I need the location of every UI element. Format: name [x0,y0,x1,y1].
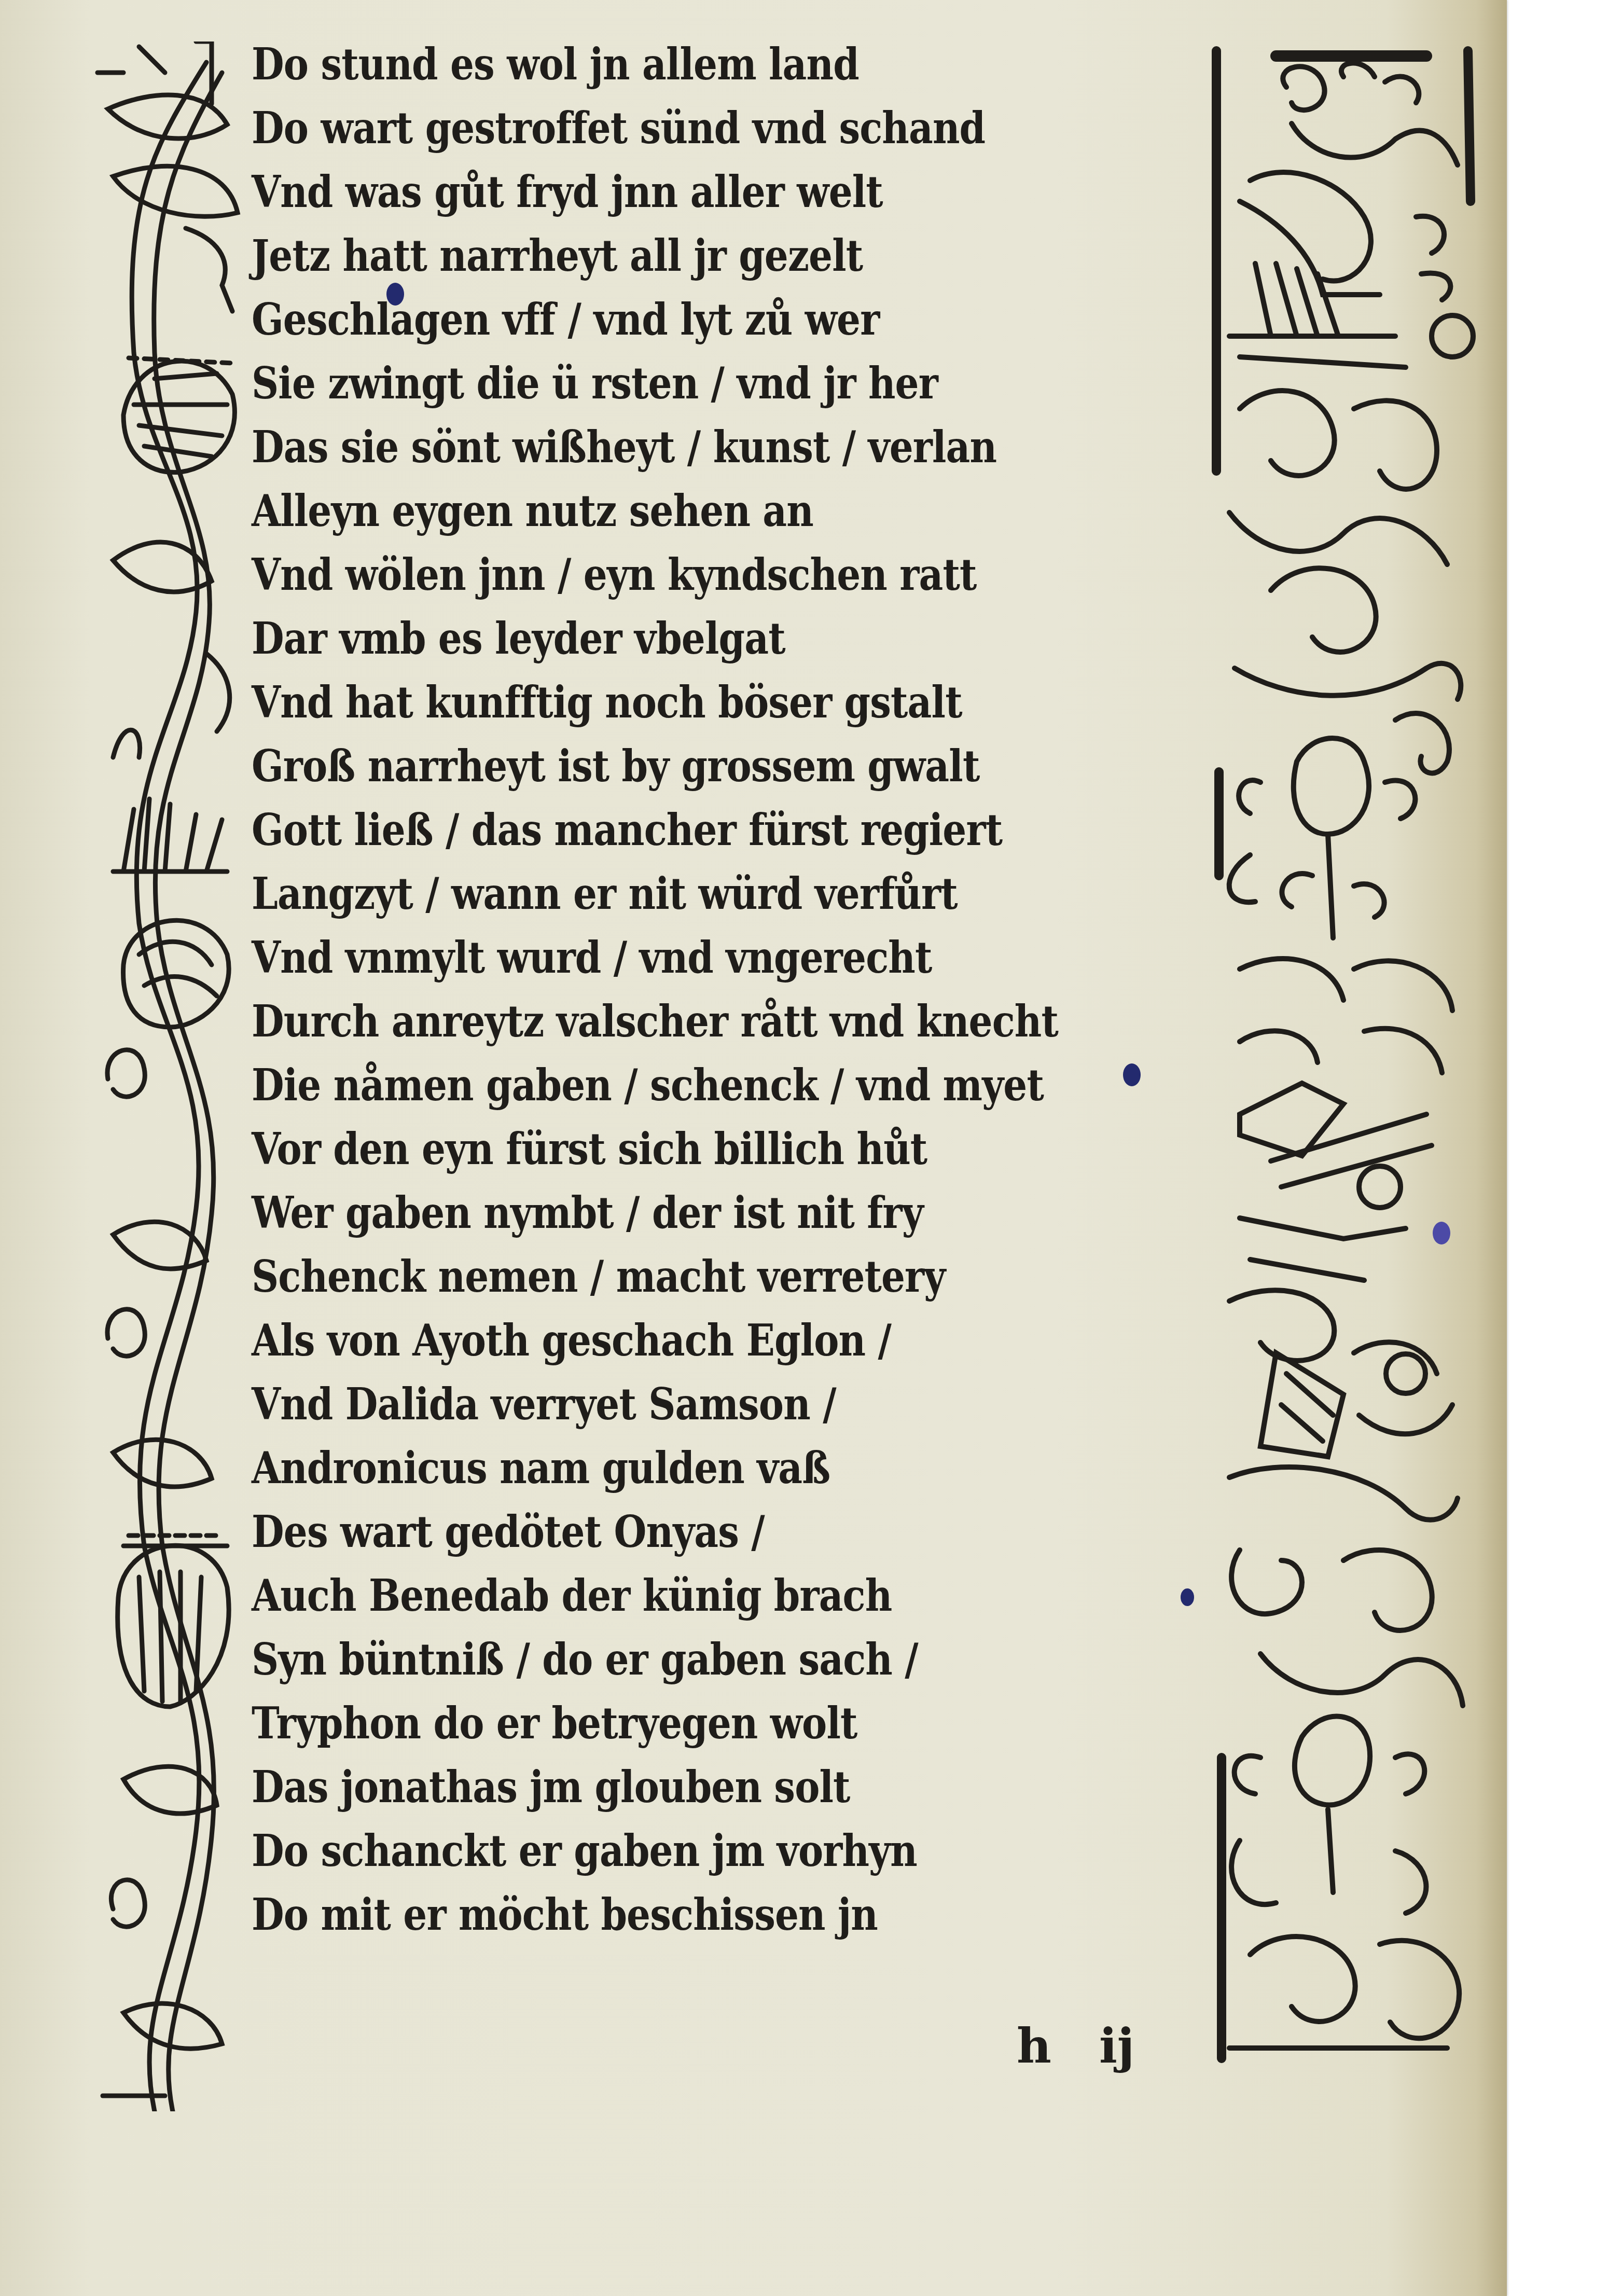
ink-spot [1433,1222,1450,1244]
verse-line: Vnd hat kunfftig noch böser gstalt [252,670,1019,734]
ink-spot [386,283,404,306]
verse-line: Vnd was gůt fryd jnn aller welt [252,160,1019,224]
verse-line: Andronicus nam gulden vaß [252,1436,1019,1500]
signature-mark: h ij [1017,2018,1134,2101]
verse-line: Vnd vnmylt wurd / vnd vngerecht [252,925,1019,989]
verse-line: Sie zwingt die ü rsten / vnd jr her [252,351,1019,415]
verse-line: Die nåmen gaben / schenck / vnd myet [252,1053,1019,1117]
verse-line: Des wart gedötet Onyas / [252,1500,1019,1564]
left-woodcut-border [92,42,248,2111]
verse-line: Auch Benedab der künig brach [252,1564,1019,1627]
verse-line: Durch anreytz valscher rått vnd knecht [252,989,1019,1053]
verse-line: Do schanckt er gaben jm vorhyn [252,1819,1019,1883]
verse-line: Syn büntniß / do er gaben sach / [252,1627,1019,1691]
verse-line: Vnd wölen jnn / eyn kyndschen ratt [252,543,1019,606]
verse-line: Das jonathas jm glouben solt [252,1755,1019,1819]
verse-line: Wer gaben nymbt / der ist nit fry [252,1181,1019,1244]
floral-vine-border-icon [92,42,248,2111]
verse-text-column: Do stund es wol jn allem land Do wart ge… [252,32,1144,1946]
verse-line: Alleyn eygen nutz sehen an [252,479,1019,543]
verse-line: Dar vmb es leyder vbelgat [252,606,1019,670]
ink-spot [1123,1063,1141,1086]
verse-line: Jetz hatt narrheyt all jr gezelt [252,224,1019,287]
foliage-figures-border-icon [1209,46,1478,2066]
ink-spot [1181,1588,1194,1606]
verse-line: Geschlagen vff / vnd lyt zů wer [252,287,1019,351]
verse-line: Do wart gestroffet sünd vnd schand [252,96,1019,160]
verse-line: Vnd Dalida verryet Samson / [252,1372,1019,1436]
verse-line: Groß narrheyt ist by grossem gwalt [252,734,1019,798]
verse-line: Langzyt / wann er nit würd verfůrt [252,862,1019,925]
verse-line: Tryphon do er betryegen wolt [252,1691,1019,1755]
verse-line: Do stund es wol jn allem land [252,32,1019,96]
book-page: Do stund es wol jn allem land Do wart ge… [0,0,1507,2296]
verse-line: Vor den eyn fürst sich billich hůt [252,1117,1019,1181]
right-woodcut-border [1209,46,1478,2066]
verse-line: Als von Ayoth geschach Eglon / [252,1308,1019,1372]
verse-line: Das sie sönt wißheyt / kunst / verlan [252,415,1019,479]
verse-line: Schenck nemen / macht verretery [252,1244,1019,1308]
verse-line: Gott ließ / das mancher fürst regiert [252,798,1019,862]
verse-line: Do mit er möcht beschissen jn [252,1883,1019,1946]
